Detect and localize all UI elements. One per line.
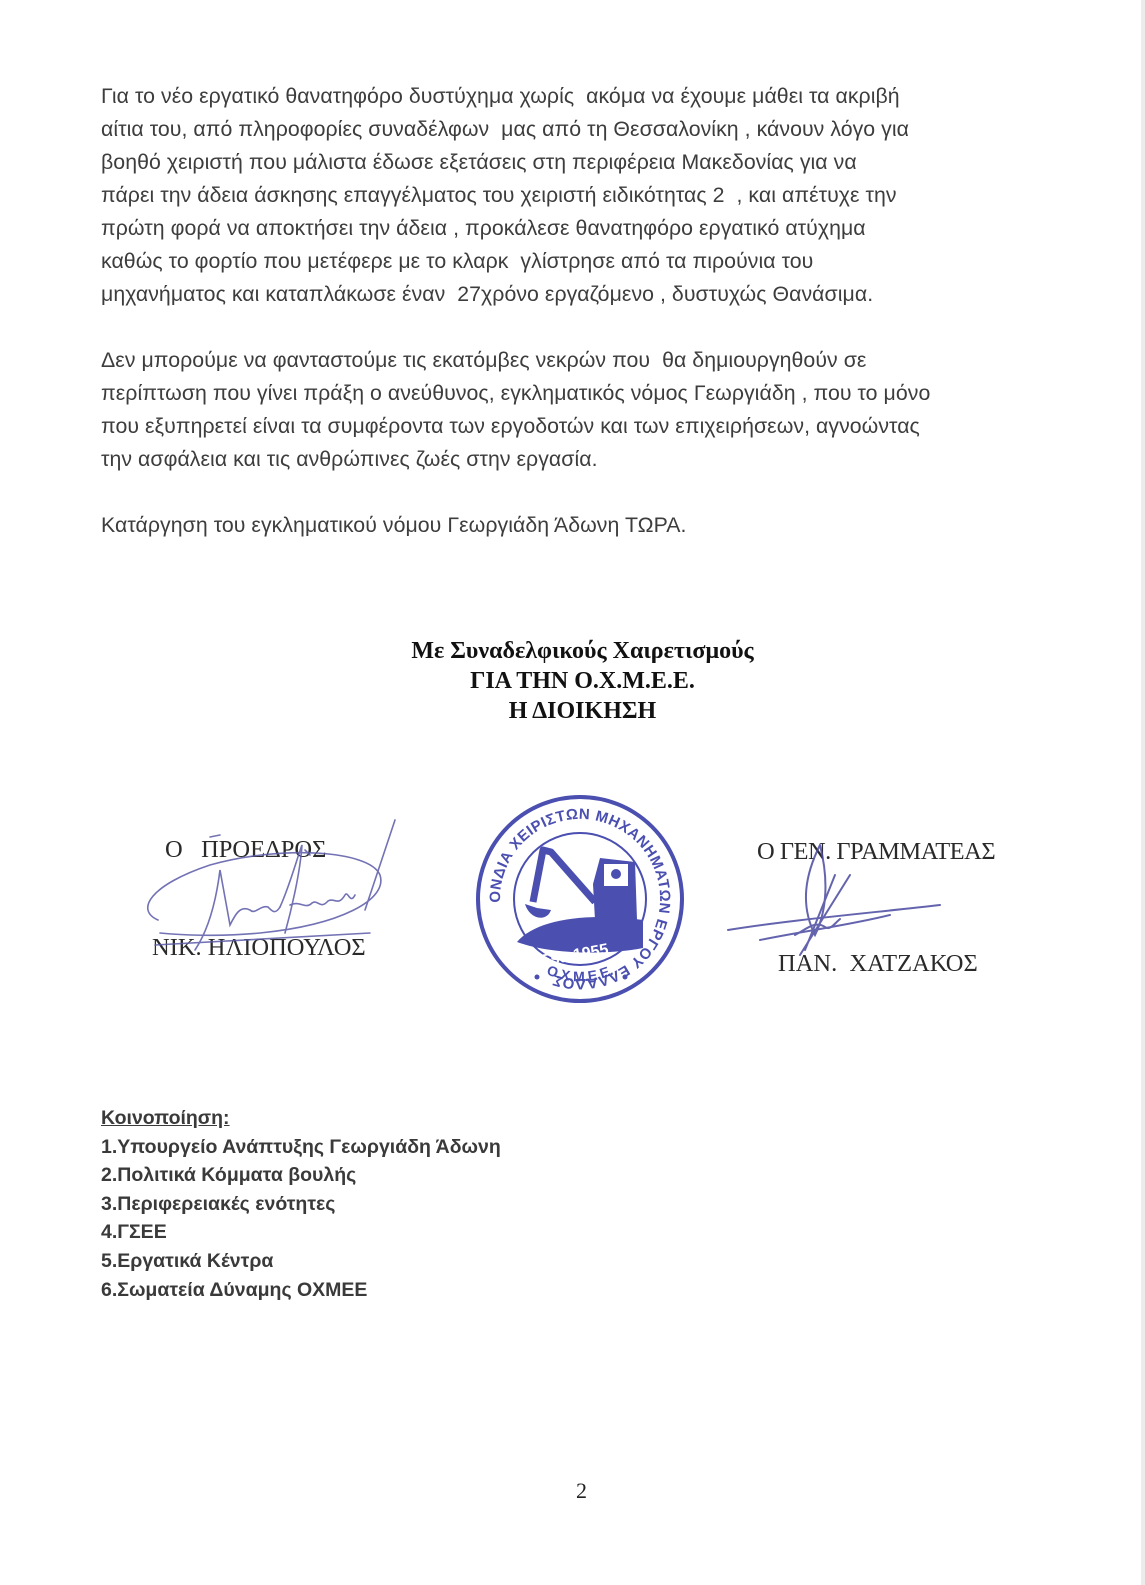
- ochmee-stamp: ΟΜΟΣΠΟΝΔΙΑ ΧΕΙΡΙΣΤΩΝ ΜΗΧΑΝΗΜΑΤΩΝ ΕΡΓΟΥ Ε…: [475, 792, 685, 1007]
- organization-line: ΓΙΑ ΤΗΝ Ο.Χ.Μ.Ε.Ε.: [0, 666, 1145, 696]
- paragraph-demand: Κατάργηση του εγκληματικού νόμου Γεωργιά…: [101, 509, 1076, 542]
- closing-salutation: Με Συναδελφικούς Χαιρετισμούς ΓΙΑ ΤΗΝ Ο.…: [0, 636, 1145, 726]
- cc-item: 2.Πολιτικά Κόμματα βουλής: [101, 1161, 501, 1190]
- carbon-copy-list: Κοινοποίηση: 1.Υπουργείο Ανάπτυξης Γεωργ…: [101, 1104, 501, 1304]
- secretary-signature-icon: [720, 835, 960, 965]
- text-line: Δεν μπορούμε να φανταστούμε τις εκατόμβε…: [101, 344, 1076, 377]
- cc-heading: Κοινοποίηση:: [101, 1104, 501, 1133]
- text-line: που εξυπηρετεί είναι τα συμφέροντα των ε…: [101, 410, 1076, 443]
- paragraph-accident: Για το νέο εργατικό θανατηφόρο δυστύχημα…: [101, 80, 1076, 311]
- cc-item: 3.Περιφερειακές ενότητες: [101, 1190, 501, 1219]
- board-line: Η ΔΙΟΙΚΗΣΗ: [0, 696, 1145, 726]
- text-line: πρώτη φορά να αποκτήσει την άδεια , προκ…: [101, 212, 1076, 245]
- text-line: βοηθό χειριστή που μάλιστα έδωσε εξετάσε…: [101, 146, 1076, 179]
- text-line: την ασφάλεια και τις ανθρώπινες ζωές στη…: [101, 443, 1076, 476]
- text-line: Κατάργηση του εγκληματικού νόμου Γεωργιά…: [101, 509, 1076, 542]
- text-line: πάρει την άδεια άσκησης επαγγέλματος του…: [101, 179, 1076, 212]
- text-line: καθώς το φορτίο που μετέφερε με το κλαρκ…: [101, 245, 1076, 278]
- cc-item: 1.Υπουργείο Ανάπτυξης Γεωργιάδη Άδωνη: [101, 1133, 501, 1162]
- text-line: περίπτωση που γίνει πράξη ο ανεύθυνος, ε…: [101, 377, 1076, 410]
- text-line: μηχανήματος και καταπλάκωσε έναν 27χρόνο…: [101, 278, 1076, 311]
- excavator-icon: [517, 850, 643, 953]
- letter-body: Για το νέο εργατικό θανατηφόρο δυστύχημα…: [101, 80, 1076, 542]
- salutation-line: Με Συναδελφικούς Χαιρετισμούς: [0, 636, 1145, 666]
- paragraph-law-criticism: Δεν μπορούμε να φανταστούμε τις εκατόμβε…: [101, 344, 1076, 476]
- cc-item: 6.Σωματεία Δύναμης ΟΧΜΕΕ: [101, 1276, 501, 1305]
- text-line: αίτια του, από πληροφορίες συναδέλφων μα…: [101, 113, 1076, 146]
- text-line: Για το νέο εργατικό θανατηφόρο δυστύχημα…: [101, 80, 1076, 113]
- cc-item: 5.Εργατικά Κέντρα: [101, 1247, 501, 1276]
- president-signature-icon: [140, 815, 410, 965]
- page-number: 2: [0, 1478, 1145, 1504]
- page-edge: [1141, 0, 1145, 1585]
- cc-item: 4.ΓΣΕΕ: [101, 1218, 501, 1247]
